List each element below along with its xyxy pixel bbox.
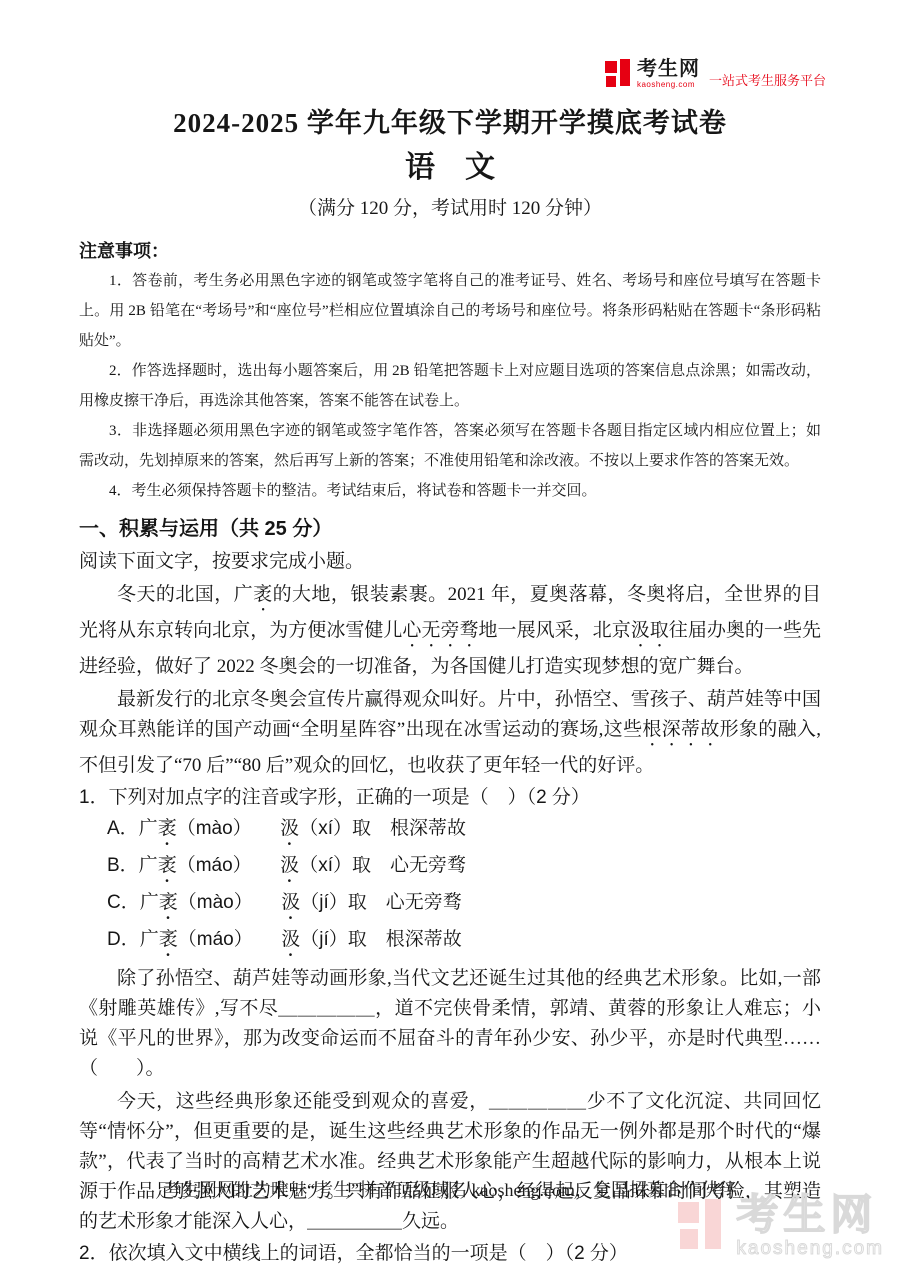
kaosheng-watermark: 考生网 kaosheng.com <box>678 1194 884 1258</box>
question-1-option-c: C．广袤（mào） 汲（jí）取 心无旁骛 <box>79 887 821 924</box>
question-1-option-d: D．广袤（máo） 汲（jí）取 根深蒂故 <box>79 924 821 961</box>
notice-item-3: 3．非选择题必须用黑色字迹的钢笔或签字笔作答，答案必须写在答题卡各题目指定区域内… <box>79 416 821 476</box>
watermark-brand-text: 考生网 <box>736 1194 884 1236</box>
kaosheng-watermark-icon <box>678 1199 726 1253</box>
notice-item-4: 4．考生必须保持答题卡的整洁。考试结束后，将试卷和答题卡一并交回。 <box>79 476 821 506</box>
logo-tagline: 一站式考生服务平台 <box>709 70 826 89</box>
logo-domain-text: kaosheng.com <box>637 81 700 89</box>
subject-title: 语 文 <box>79 145 821 191</box>
passage-paragraph-2: 最新发行的北京冬奥会宣传片赢得观众叫好。片中，孙悟空、雪孩子、葫芦娃等中国观众耳… <box>79 685 821 781</box>
question-1-option-b: B．广袤（máo） 汲（xí）取 心无旁骛 <box>79 850 821 887</box>
exam-paper-page: { "colors": { "brand_red": "#e60012", "t… <box>0 0 900 1272</box>
notice-item-2: 2．作答选择题时，选出每小题答案后，用 2B 铅笔把答题卡上对应题目选项的答案信… <box>79 356 821 416</box>
exam-meta-line: （满分 120 分，考试用时 120 分钟） <box>79 193 821 225</box>
kaosheng-logo-icon <box>605 58 632 90</box>
question-1-stem: 1．下列对加点字的注音或字形，正确的一项是（ ）（2 分） <box>79 783 821 813</box>
question-1-option-a: A．广袤（mào） 汲（xí）取 根深蒂故 <box>79 813 821 850</box>
exam-paper-body: 2024-2025 学年九年级下学期开学摸底考试卷 语 文 （满分 120 分，… <box>79 0 821 1269</box>
notice-heading: 注意事项： <box>79 236 821 266</box>
passage-intro: 阅读下面文字，按要求完成小题。 <box>79 547 821 577</box>
passage-paragraph-3: 除了孙悟空、葫芦娃等动画形象,当代文艺还诞生过其他的经典艺术形象。比如,一部《射… <box>79 964 821 1084</box>
watermark-domain-text: kaosheng.com <box>736 1239 884 1258</box>
notice-item-1: 1．答卷前，考生务必用黑色字迹的钢笔或签字笔将自己的准考证号、姓名、考场号和座位… <box>79 266 821 356</box>
kaosheng-logo: 考生网 kaosheng.com 一站式考生服务平台 <box>605 58 826 90</box>
passage-paragraph-1: 冬天的北国，广袤的大地，银装素裹。2021 年，夏奥落幕，冬奥将启，全世界的目光… <box>79 580 821 682</box>
question-1-options: A．广袤（mào） 汲（xí）取 根深蒂故 B．广袤（máo） 汲（xí）取 心… <box>79 813 821 961</box>
logo-brand-text: 考生网 <box>637 59 700 79</box>
section-1-heading: 一、积累与运用（共 25 分） <box>79 513 821 545</box>
paper-title: 2024-2025 学年九年级下学期开学摸底考试卷 <box>79 103 821 143</box>
